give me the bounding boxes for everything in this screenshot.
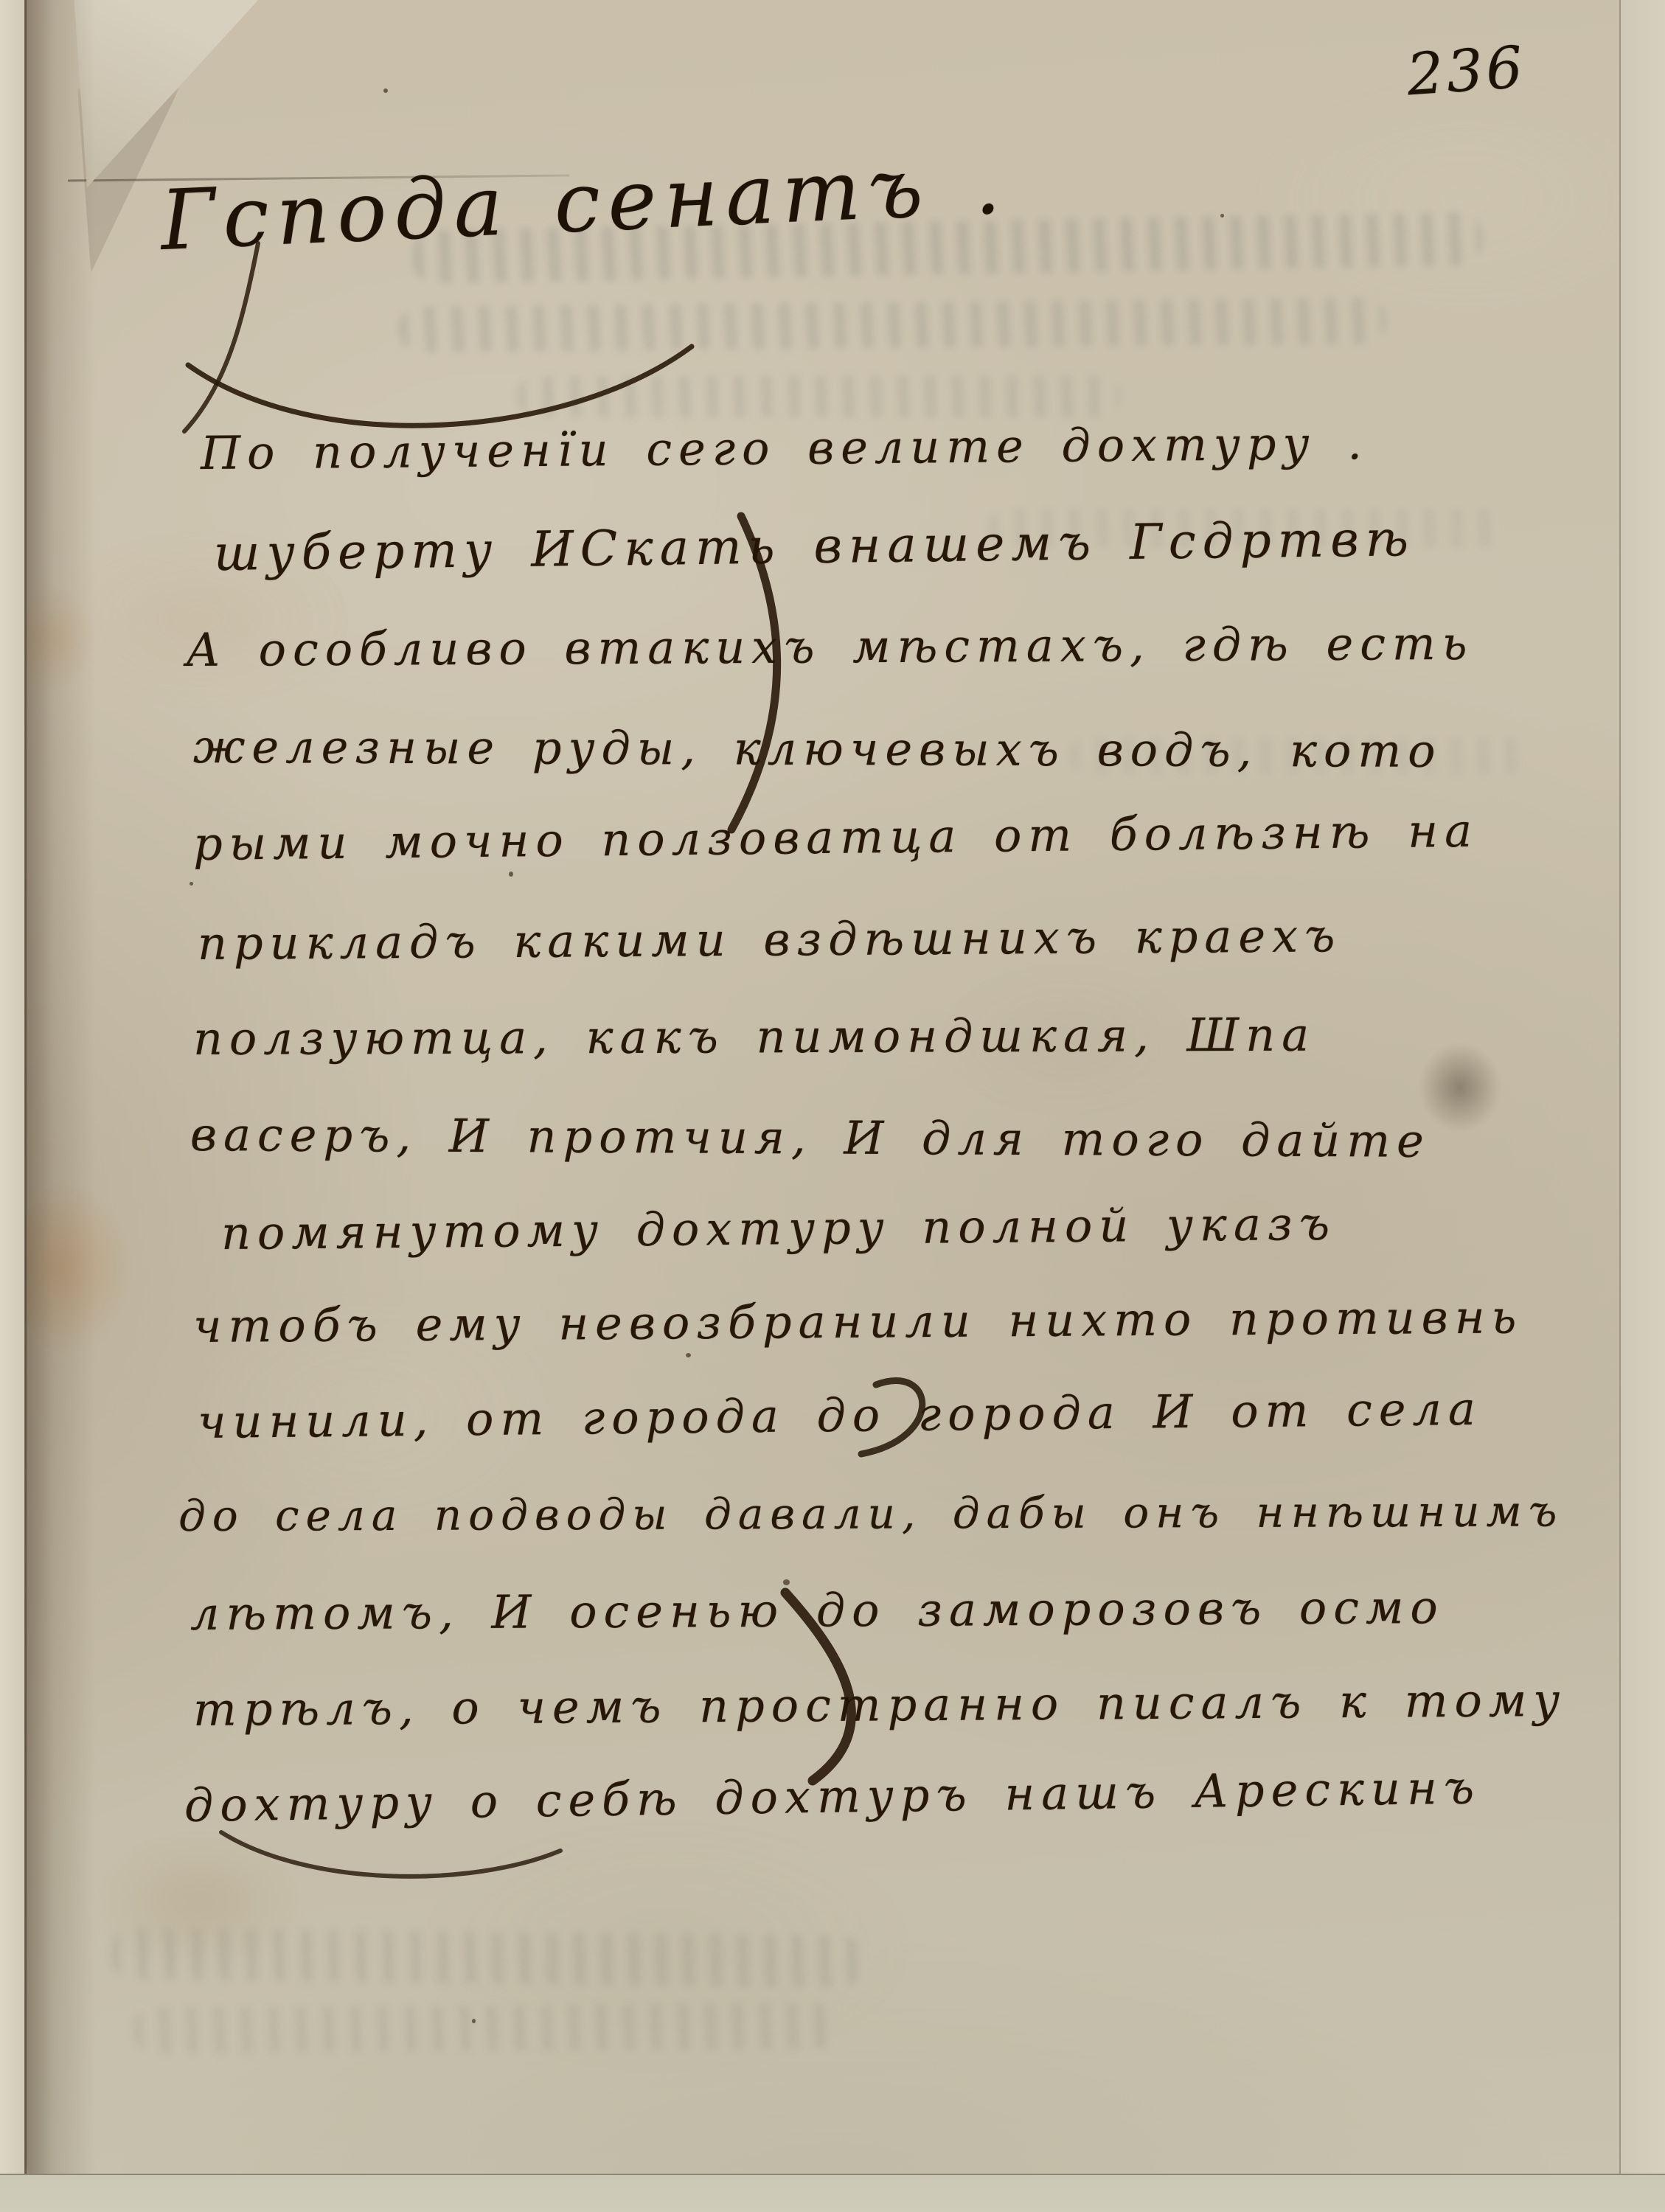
paper-texture <box>0 0 1665 2212</box>
text-line: шуберту ИСкать внашемъ Гсдртвѣ <box>214 510 1416 582</box>
bleedthrough-smudge <box>133 2003 841 2054</box>
previous-page-edge <box>0 0 25 2212</box>
bottom-page-edge <box>0 2174 1665 2212</box>
text-line: ползуютца, какъ пимондшкая, Шпа <box>193 1008 1315 1065</box>
underlying-page-edge <box>1619 0 1665 2212</box>
text-line: прикладъ какими вздѣшнихъ краехъ <box>198 908 1342 970</box>
ink-speck <box>383 88 388 93</box>
text-line: чинили, от города до города И от села <box>198 1382 1483 1449</box>
ink-speck <box>1220 214 1224 218</box>
bleedthrough-smudge <box>111 1928 863 1988</box>
text-line: до села подводы давали, дабы онъ ннѣшним… <box>178 1486 1564 1541</box>
text-line: васеръ, И протчия, И для того дайте <box>190 1107 1431 1168</box>
manuscript-page: 236 Гспода сенатъ . По полученїи сего ве… <box>0 0 1665 2212</box>
letter-heading: Гспода сенатъ . <box>159 136 1009 269</box>
text-line: помянутому дохтуру полной указъ <box>221 1197 1337 1260</box>
text-line: железные руды, ключевыхъ водъ, кото <box>193 720 1442 778</box>
soil-stain <box>88 1829 310 1976</box>
text-line: чтобъ ему невозбранили нихто противнь <box>193 1290 1523 1353</box>
ink-speck <box>509 872 513 877</box>
text-line: трѣлъ, о чемъ пространно писалъ к тому <box>193 1673 1567 1736</box>
text-line: лѣтомъ, И осенью до заморозовъ осмо <box>190 1580 1445 1641</box>
text-line: А особливо втакихъ мѣстахъ, гдѣ есть <box>186 616 1474 677</box>
text-line: По полученїи сего велите дохтуру . <box>201 416 1369 480</box>
flourish-strokes <box>0 0 1665 2212</box>
ink-speck <box>190 882 193 886</box>
text-line: дохтуру о себѣ дохтуръ нашъ Арескинъ <box>184 1760 1481 1832</box>
bleedthrough-smudge <box>398 298 1386 352</box>
binding-gutter-shadow <box>25 0 96 2212</box>
ink-speck <box>686 1353 691 1357</box>
page-number: 236 <box>1405 34 1528 108</box>
text-line: рыми мочно ползоватца от болѣзнѣ на <box>193 804 1479 871</box>
bleedthrough-smudge <box>516 376 1121 417</box>
ink-speck <box>472 2019 476 2023</box>
